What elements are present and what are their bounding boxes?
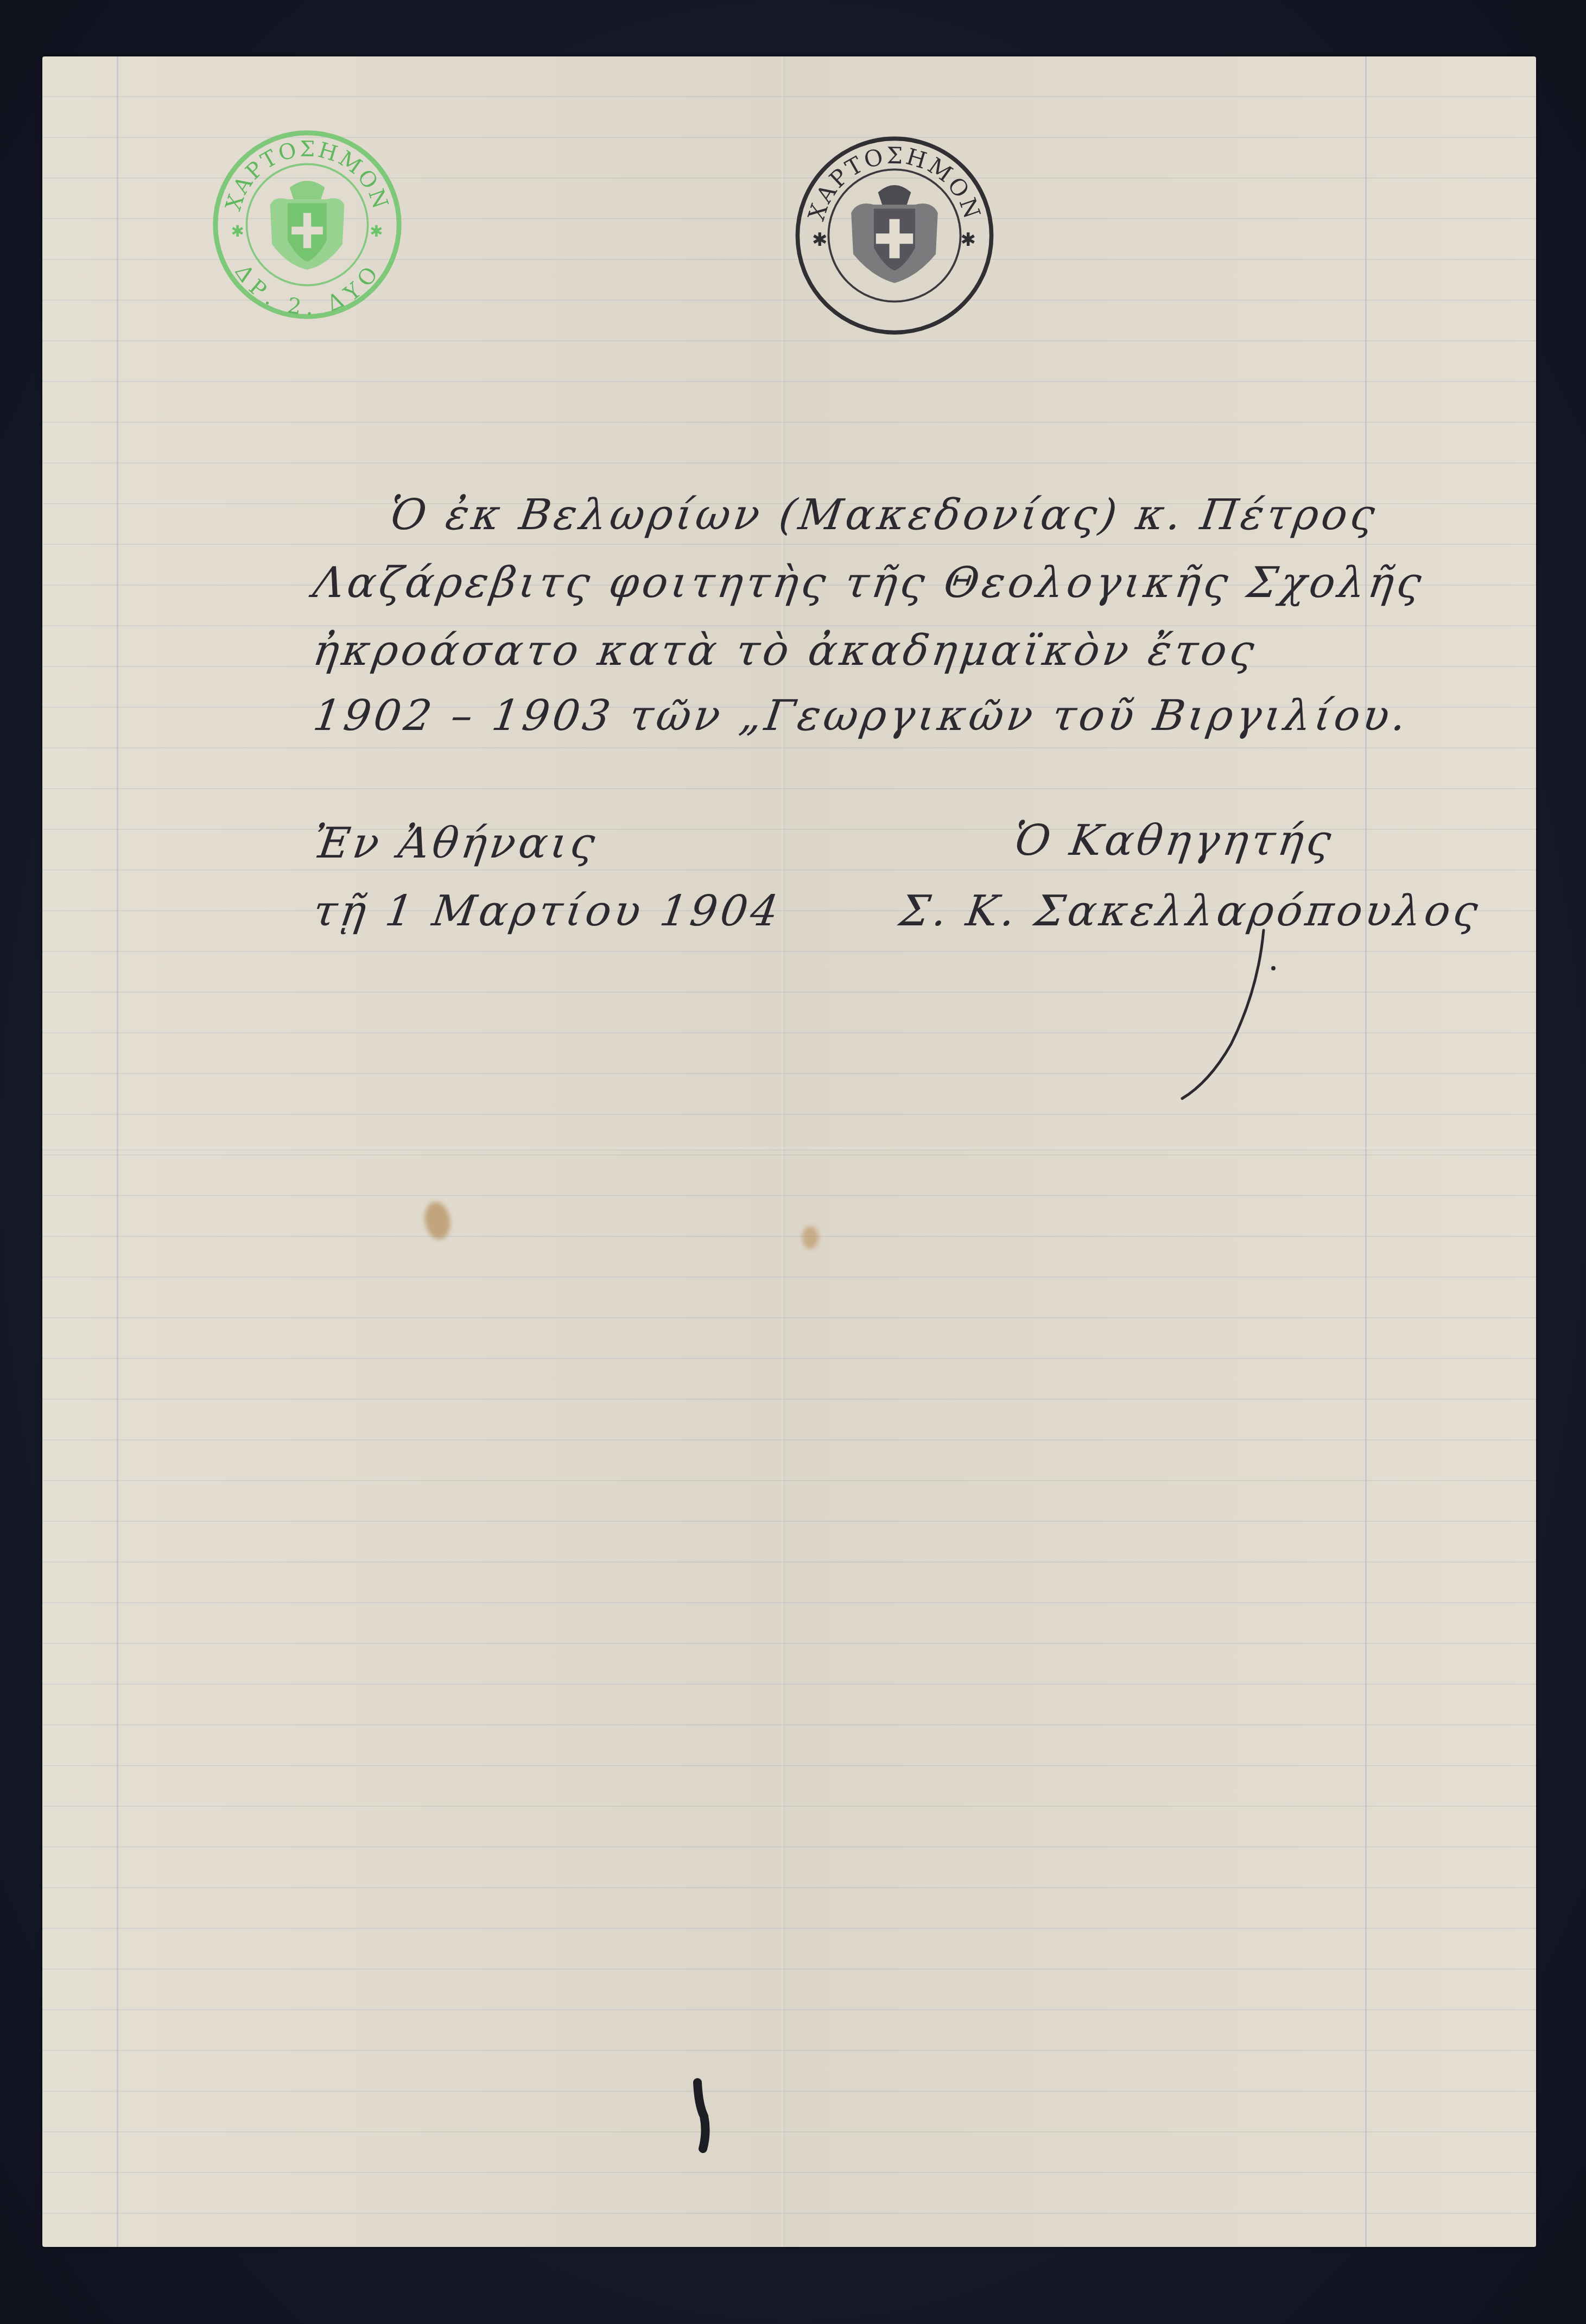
svg-text:✱: ✱ bbox=[812, 229, 828, 251]
document-sheet: ΧΑΡΤΟΣΗΜΟΝ ΔΡ. 2. ΔΥΟ ✱ ✱ ΧΑΡΤΟΣΗΜΟΝ bbox=[42, 56, 1536, 2247]
coat-of-arms-icon: ΧΑΡΤΟΣΗΜΟΝ ✱ ✱ bbox=[791, 132, 998, 339]
body-line-2: Λαζάρεβιτς φοιτητὴς τῆς Θεολογικῆς Σχολῆ… bbox=[310, 558, 1428, 607]
right-margin-rule bbox=[1365, 56, 1367, 2247]
horizontal-fold-crease bbox=[42, 1147, 1536, 1151]
place-line: Ἐν Ἀθήναις bbox=[310, 819, 601, 868]
signer-title: Ὁ Καθηγητής bbox=[1011, 816, 1337, 865]
vertical-fold-crease bbox=[782, 56, 785, 2247]
svg-text:✱: ✱ bbox=[231, 222, 244, 240]
foxing-stain bbox=[802, 1226, 819, 1249]
svg-text:✱: ✱ bbox=[961, 229, 976, 251]
body-line-4: 1902 – 1903 τῶν „Γεωργικῶν τοῦ Βιργιλίου… bbox=[310, 691, 1412, 740]
date-line: τῇ 1 Μαρτίου 1904 bbox=[310, 887, 785, 936]
body-line-1: Ὁ ἐκ Βελωρίων (Μακεδονίας) κ. Πέτρος bbox=[386, 491, 1381, 539]
svg-text:✱: ✱ bbox=[370, 222, 383, 240]
black-revenue-stamp: ΧΑΡΤΟΣΗΜΟΝ ✱ ✱ bbox=[791, 132, 998, 339]
body-line-3: ἠκροάσατο κατὰ τὸ ἀκαδημαϊκὸν ἔτος bbox=[310, 626, 1260, 675]
signature-flourish-icon bbox=[1171, 925, 1280, 1104]
foxing-stain bbox=[422, 1200, 453, 1242]
page-number-mark bbox=[691, 2078, 713, 2154]
left-margin-rule bbox=[117, 56, 118, 2247]
green-revenue-stamp: ΧΑΡΤΟΣΗΜΟΝ ΔΡ. 2. ΔΥΟ ✱ ✱ bbox=[210, 127, 405, 322]
coat-of-arms-icon: ΧΑΡΤΟΣΗΜΟΝ ΔΡ. 2. ΔΥΟ ✱ ✱ bbox=[210, 127, 405, 322]
